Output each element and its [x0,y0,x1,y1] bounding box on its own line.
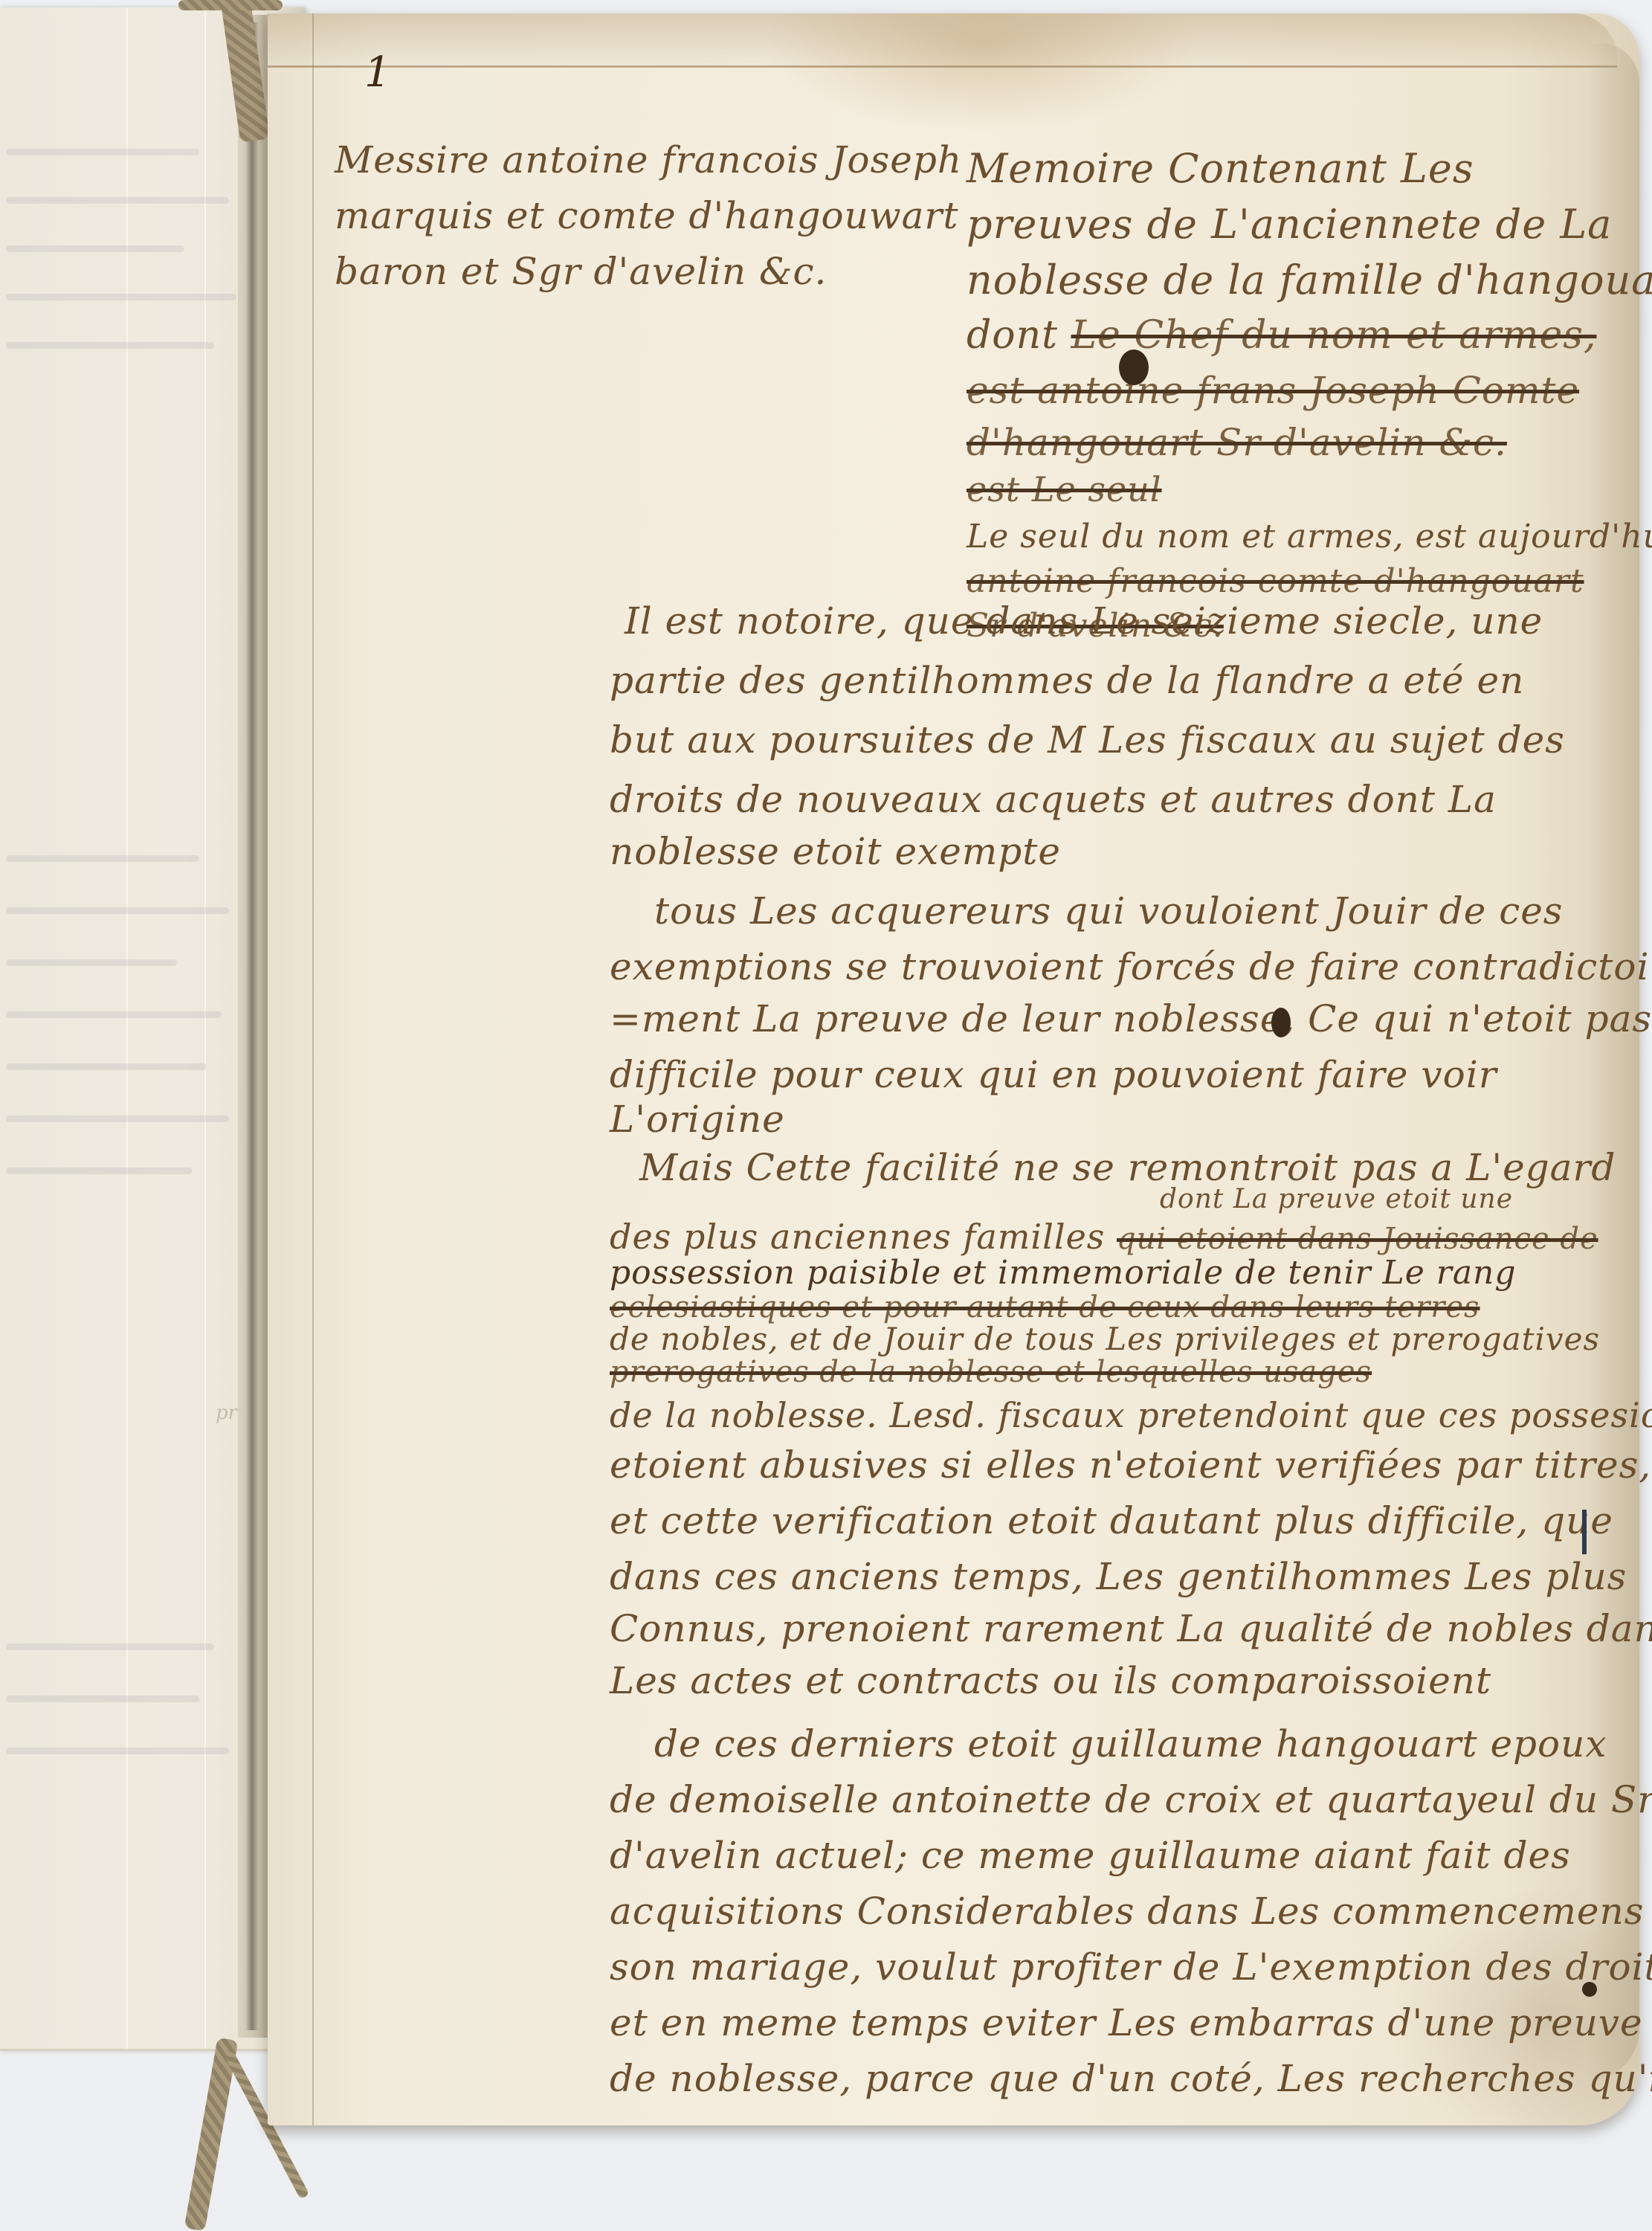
body-line: de demoiselle antoinette de croix et qua… [610,1781,1652,1818]
body-line: Les actes et contracts ou ils comparoiss… [610,1662,1491,1699]
margin-note-line: marquis et comte d'hangouwart [335,197,958,234]
interlinear-insertion: dont La preuve etoit une [1160,1186,1513,1213]
body-line: d'avelin actuel; ce meme guillaume aiant… [610,1837,1571,1874]
body-line: de ces derniers etoit guillaume hangouar… [654,1725,1607,1762]
gutter-shadow [245,22,259,2030]
struck-text: qui etoient dans Jouissance de [1117,1222,1598,1256]
body-line: de nobles, et de Jouir de tous Les privi… [610,1324,1600,1355]
title-line: Le seul du nom et armes, est aujourd'huy [967,521,1652,553]
title-line: preuves de L'anciennete de La [967,205,1612,245]
body-line: but aux poursuites de M Les fiscaux au s… [610,721,1565,759]
body-line: et en meme temps eviter Les embarras d'u… [610,2004,1643,2041]
body-line: son mariage, voulut profiter de L'exempt… [610,1948,1652,1986]
show-through-line [6,1644,214,1650]
margin-note-line: Messire antoine francois Joseph [335,141,962,178]
body-line: Il est notoire, que dans Le seizieme sie… [625,602,1543,640]
body-line: droits de nouveaux acquets et autres don… [610,781,1497,818]
struck-line: eclesiastiques et pour autant de ceux da… [610,1292,1480,1322]
show-through-line [6,1168,192,1174]
show-through-line [6,1115,229,1122]
show-through-line [6,1063,207,1070]
body-line: possession paisible et immemoriale de te… [610,1257,1517,1290]
body-line: acquisitions Considerables dans Les comm… [610,1893,1652,1930]
show-through-line [6,245,184,252]
show-through-line [6,1011,222,1018]
body-line: des plus anciennes familles qui etoient … [610,1220,1598,1254]
show-through-line [6,197,229,204]
body-line: noblesse etoit exempte [610,833,1061,870]
show-through-line [6,294,236,300]
pencil-margin-mark [1582,1510,1587,1554]
struck-line: est Le seul [967,472,1162,506]
margin-fold [312,13,314,2125]
body-line: exemptions se trouvoient forcés de faire… [610,948,1652,985]
folio-number: 1 [364,48,392,97]
show-through-line [6,855,199,862]
body-line: Mais Cette facilité ne se remontroit pas… [639,1149,1616,1186]
struck-text: Le Chef du nom et armes, [1071,313,1597,358]
margin-note-line: baron et Sgr d'avelin &c. [335,253,827,290]
struck-line: est antoine frans Joseph Comte [967,372,1579,409]
water-stain [268,13,1617,68]
body-line: =ment La preuve de leur noblesse, Ce qui… [610,1000,1652,1037]
struck-line: prerogatives de la noblesse et lesquelle… [610,1357,1372,1387]
show-through-line [6,1696,199,1702]
title-line: Memoire Contenant Les [967,149,1474,189]
show-through-line [6,149,199,155]
struck-line: d'hangouart Sr d'avelin &c. [967,424,1507,461]
paper-fold [126,7,128,2049]
body-line: Connus, prenoient rarement La qualité de… [610,1610,1652,1647]
body-line: etoient abusives si elles n'etoient veri… [610,1446,1651,1484]
body-line: et cette verification etoit dautant plus… [610,1502,1613,1539]
title-line: noblesse de la famille d'hangouart [967,260,1652,300]
body-text: de la noblesse. Lesd. fiscaux pretendoin… [610,1395,1652,1435]
ink-blot [1271,1008,1291,1037]
show-through-line [6,1748,229,1754]
body-line: partie des gentilhommes de la flandre a … [610,662,1524,699]
ink-dot [1582,1982,1597,1997]
body-line: de noblesse, parce que d'un coté, Les re… [610,2060,1652,2097]
body-line: tous Les acquereurs qui vouloient Jouir … [654,892,1563,930]
body-text: des plus anciennes familles [610,1217,1105,1257]
body-line: difficile pour ceux qui en pouvoient fai… [610,1056,1497,1093]
title-line: dont Le Chef du nom et armes, [967,316,1596,355]
paper-fold [204,7,206,2049]
struck-line: antoine francois comte d'hangouart [967,565,1584,598]
body-line: L'origine [610,1101,785,1138]
show-through-line [6,907,229,914]
show-through-line [6,959,177,966]
body-line: de la noblesse. Lesd. fiscaux pretendoin… [610,1398,1652,1432]
show-through-line [6,342,214,349]
ink-blot [1119,350,1149,385]
title-prefix: dont [967,313,1058,358]
body-line: dans ces anciens temps, Les gentilhommes… [610,1558,1627,1595]
binding-string-top-loop [178,0,283,10]
